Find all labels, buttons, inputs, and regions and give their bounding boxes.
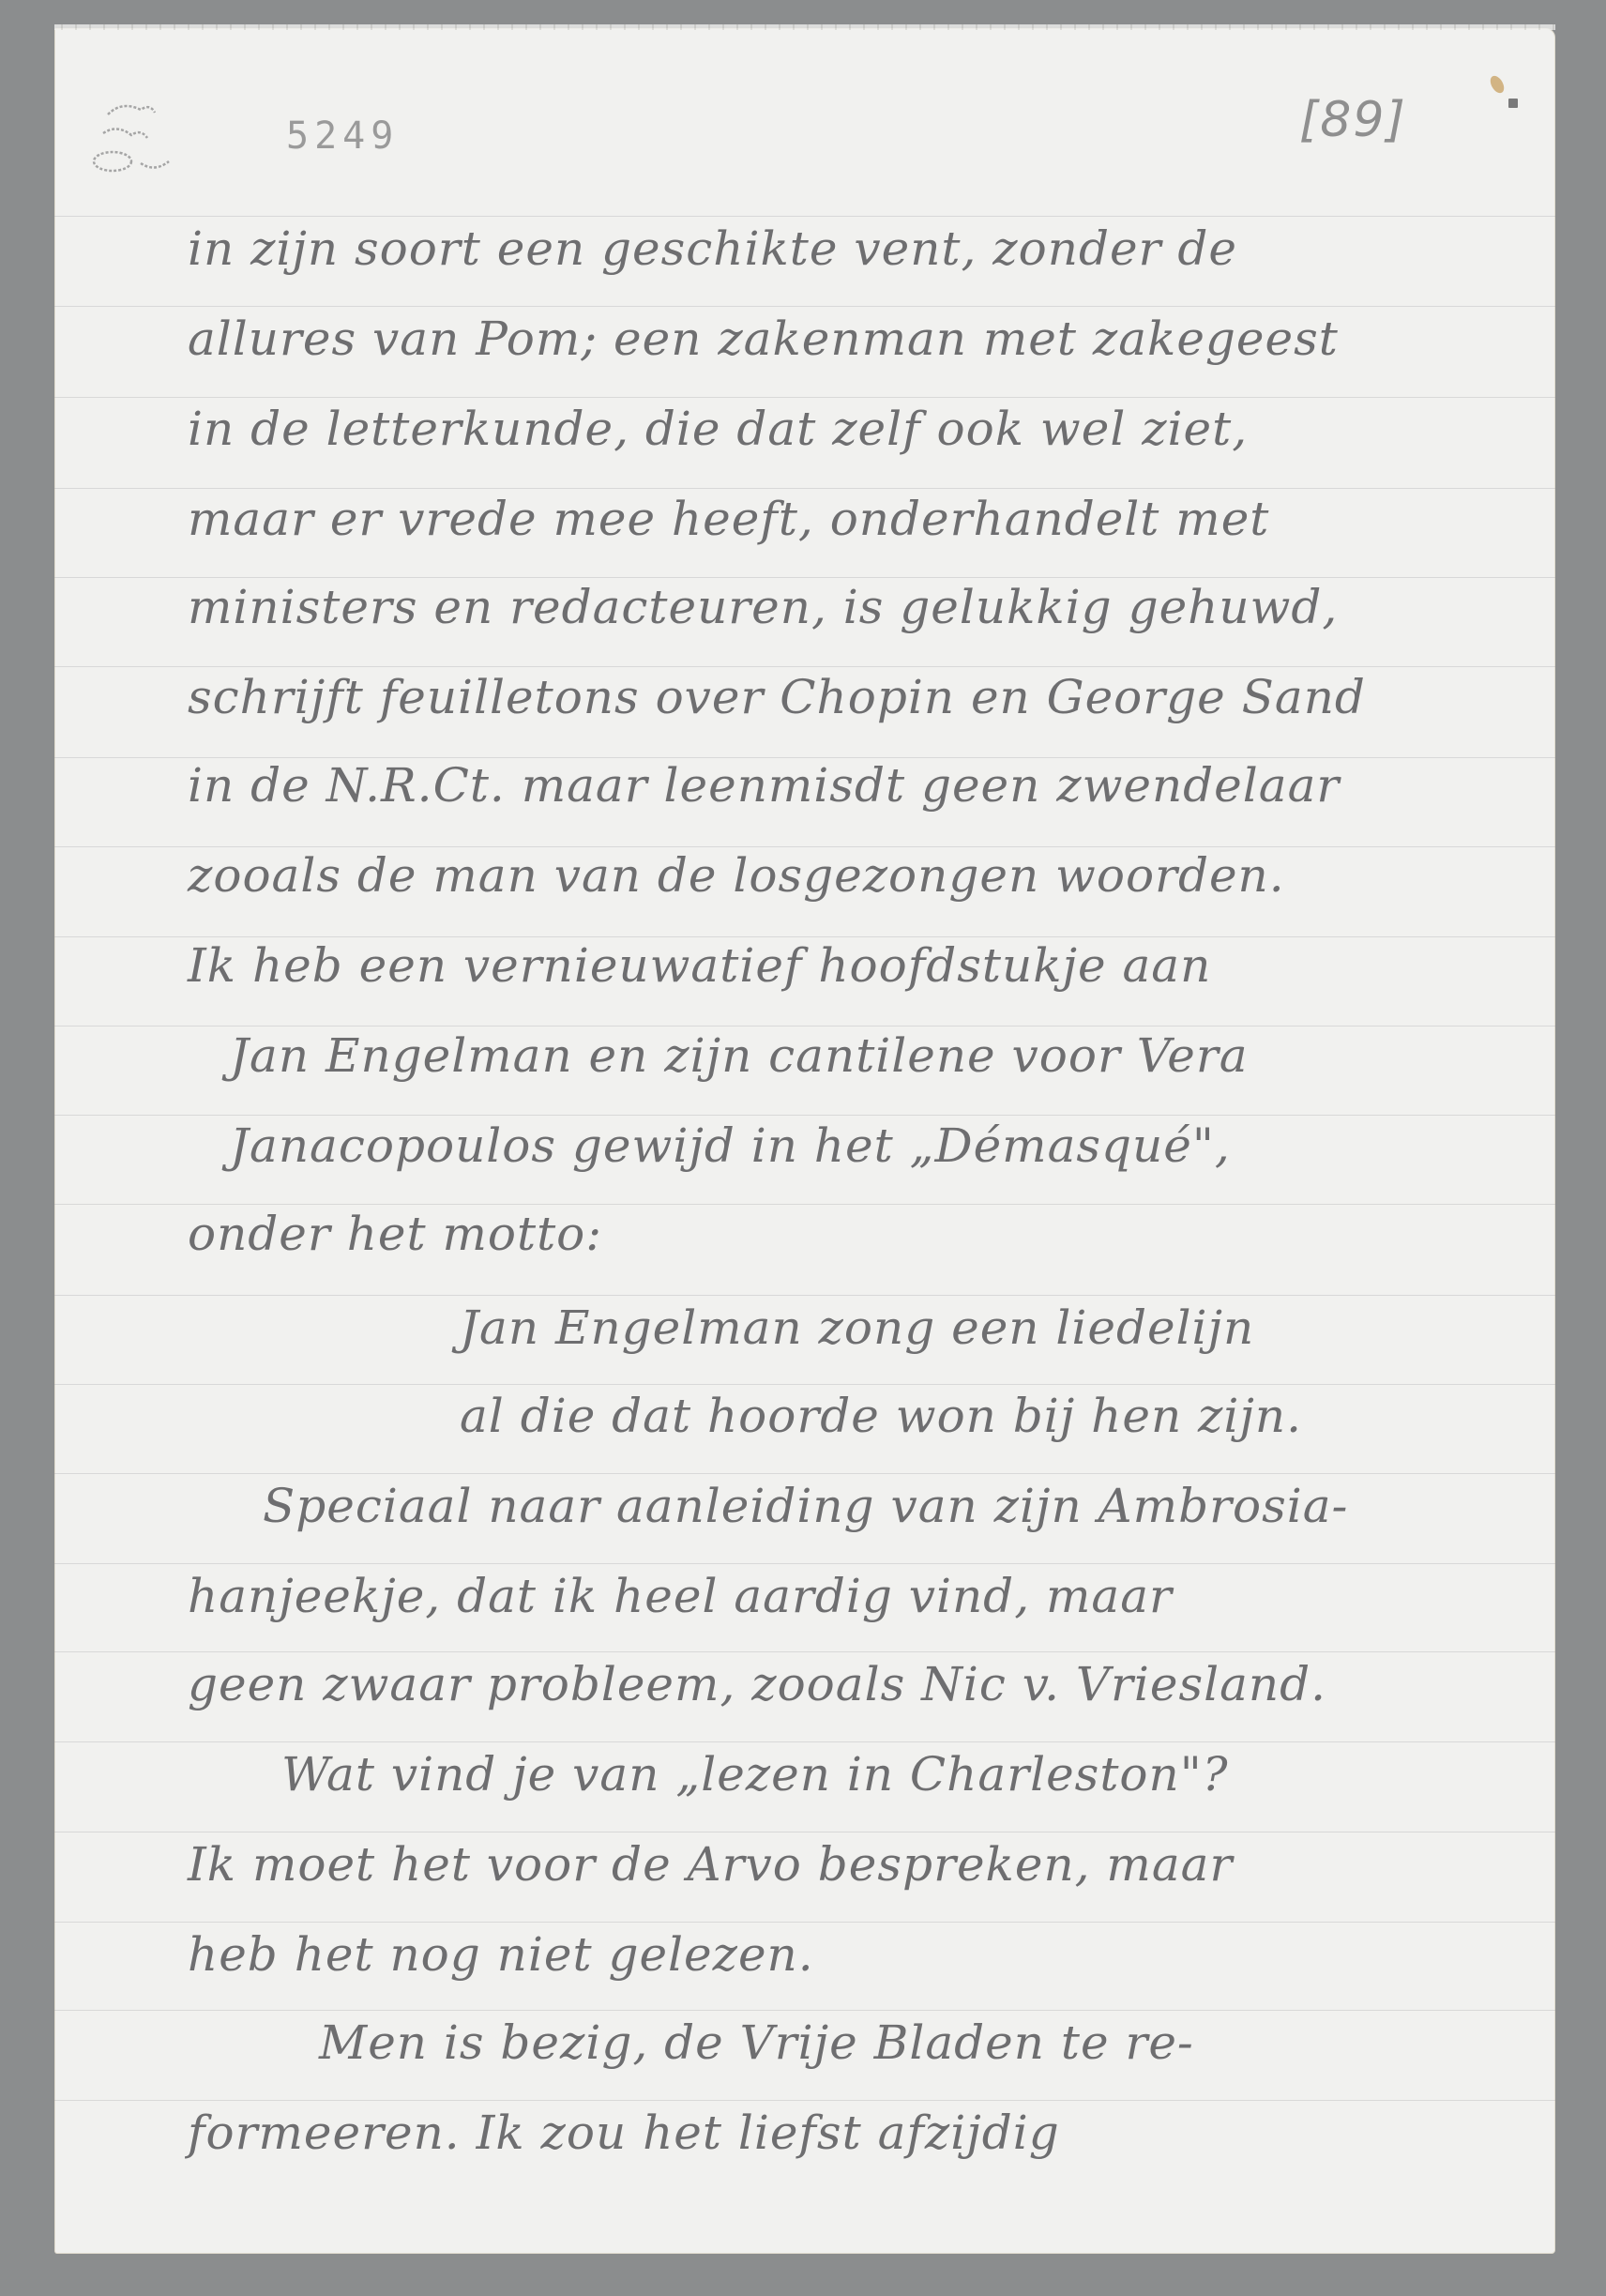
ruled-line bbox=[54, 846, 1555, 847]
text-line: ministers en redacteuren, is gelukkig ge… bbox=[188, 584, 1338, 631]
text-line: Ik heb een vernieuwatief hoofdstukje aan bbox=[188, 942, 1211, 989]
ruled-line bbox=[54, 936, 1555, 937]
paper-hole bbox=[1508, 99, 1518, 108]
ruled-line bbox=[54, 1832, 1555, 1832]
ruled-line bbox=[54, 397, 1555, 398]
ruled-line bbox=[54, 2100, 1555, 2101]
ruled-line bbox=[54, 1384, 1555, 1385]
ruled-line bbox=[54, 1922, 1555, 1923]
text-line: Ik moet het voor de Arvo bespreken, maar bbox=[188, 1841, 1233, 1888]
text-line: Janacopoulos gewijd in het „Démasqué", bbox=[230, 1122, 1231, 1169]
ruled-line bbox=[54, 216, 1555, 217]
inventory-number: 5249 bbox=[286, 114, 399, 158]
verse-line: al die dat hoorde won bij hen zijn. bbox=[460, 1392, 1302, 1439]
verse-line: Jan Engelman zong een liedelijn bbox=[460, 1304, 1254, 1351]
text-line: hanjeekje, dat ik heel aardig vind, maar bbox=[188, 1573, 1173, 1619]
ruled-line bbox=[54, 1204, 1555, 1205]
ruled-line bbox=[54, 577, 1555, 578]
ruled-line bbox=[54, 1115, 1555, 1116]
text-line: onder het motto: bbox=[188, 1210, 602, 1257]
text-line: formeeren. Ik zou het liefst afzijdig bbox=[188, 2109, 1060, 2156]
text-line: Wat vind je van „lezen in Charleston"? bbox=[281, 1751, 1229, 1798]
text-line: Jan Engelman en zijn cantilene voor Vera bbox=[230, 1032, 1249, 1079]
text-line: in de letterkunde, die dat zelf ook wel … bbox=[188, 405, 1248, 452]
ruled-line bbox=[54, 1295, 1555, 1296]
rust-stain bbox=[1488, 73, 1507, 95]
text-line: schrijft feuilletons over Chopin en Geor… bbox=[188, 674, 1366, 721]
ruled-line bbox=[54, 2010, 1555, 2011]
ruled-line bbox=[54, 1026, 1555, 1026]
torn-top-edge bbox=[54, 24, 1555, 30]
ruled-line bbox=[54, 1651, 1555, 1652]
ruled-line bbox=[54, 1473, 1555, 1474]
text-line: zooals de man van de losgezongen woorden… bbox=[188, 852, 1285, 899]
text-line: in de N.R.Ct. maar leenmisdt geen zwende… bbox=[188, 762, 1340, 809]
ruled-line bbox=[54, 1741, 1555, 1742]
text-line: allures van Pom; een zakenman met zakege… bbox=[188, 315, 1339, 362]
text-line: geen zwaar probleem, zooals Nic v. Vries… bbox=[188, 1661, 1326, 1708]
ruled-line bbox=[54, 666, 1555, 667]
text-line: Speciaal naar aanleiding van zijn Ambros… bbox=[263, 1483, 1348, 1529]
text-line: maar er vrede mee heeft, onderhandelt me… bbox=[188, 495, 1269, 542]
text-line: in zijn soort een geschikte vent, zonder… bbox=[188, 225, 1237, 272]
page-number: [89] bbox=[1299, 92, 1407, 148]
library-stamp-icon bbox=[89, 96, 183, 180]
text-line: Men is bezig, de Vrije Bladen te re- bbox=[319, 2019, 1194, 2066]
ruled-line bbox=[54, 1563, 1555, 1564]
ruled-line bbox=[54, 488, 1555, 489]
ruled-line bbox=[54, 306, 1555, 307]
text-line: heb het nog niet gelezen. bbox=[188, 1931, 814, 1978]
